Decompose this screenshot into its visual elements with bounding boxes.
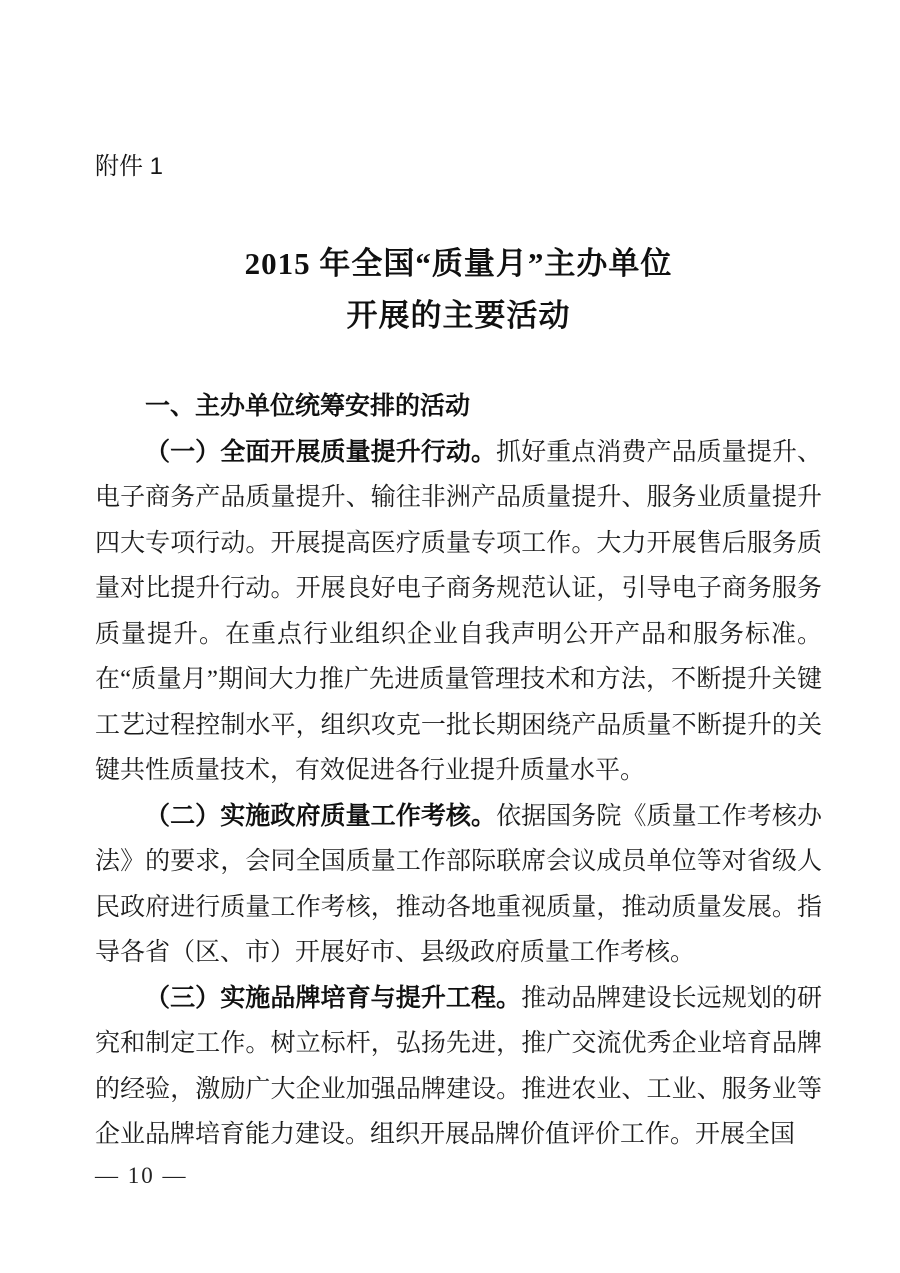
attachment-label: 附件 1 <box>95 152 822 182</box>
paragraph-1-lead: （一）全面开展质量提升行动。 <box>145 439 496 466</box>
document-title: 2015 年全国“质量月”主办单位 开展的主要活动 <box>95 238 822 342</box>
paragraph-1: （一）全面开展质量提升行动。抓好重点消费产品质量提升、电子商务产品质量提升、输往… <box>95 430 822 794</box>
document-title-line1: 2015 年全国“质量月”主办单位 <box>95 238 822 290</box>
paragraph-2: （二）实施政府质量工作考核。依据国务院《质量工作考核办法》的要求，会同全国质量工… <box>95 794 822 976</box>
section-heading-1: 一、主办单位统筹安排的活动 <box>95 384 822 430</box>
document-body: 一、主办单位统筹安排的活动 （一）全面开展质量提升行动。抓好重点消费产品质量提升… <box>95 384 822 1158</box>
paragraph-3-lead: （三）实施品牌培育与提升工程。 <box>145 985 521 1012</box>
document-title-line2: 开展的主要活动 <box>95 290 822 342</box>
document-page: 附件 1 2015 年全国“质量月”主办单位 开展的主要活动 一、主办单位统筹安… <box>0 0 900 1273</box>
paragraph-2-lead: （二）实施政府质量工作考核。 <box>145 803 496 830</box>
paragraph-1-text: 抓好重点消费产品质量提升、电子商务产品质量提升、输往非洲产品质量提升、服务业质量… <box>95 439 822 785</box>
page-number: — 10 — <box>95 1160 822 1192</box>
paragraph-3: （三）实施品牌培育与提升工程。推动品牌建设长远规划的研究和制定工作。树立标杆，弘… <box>95 976 822 1158</box>
